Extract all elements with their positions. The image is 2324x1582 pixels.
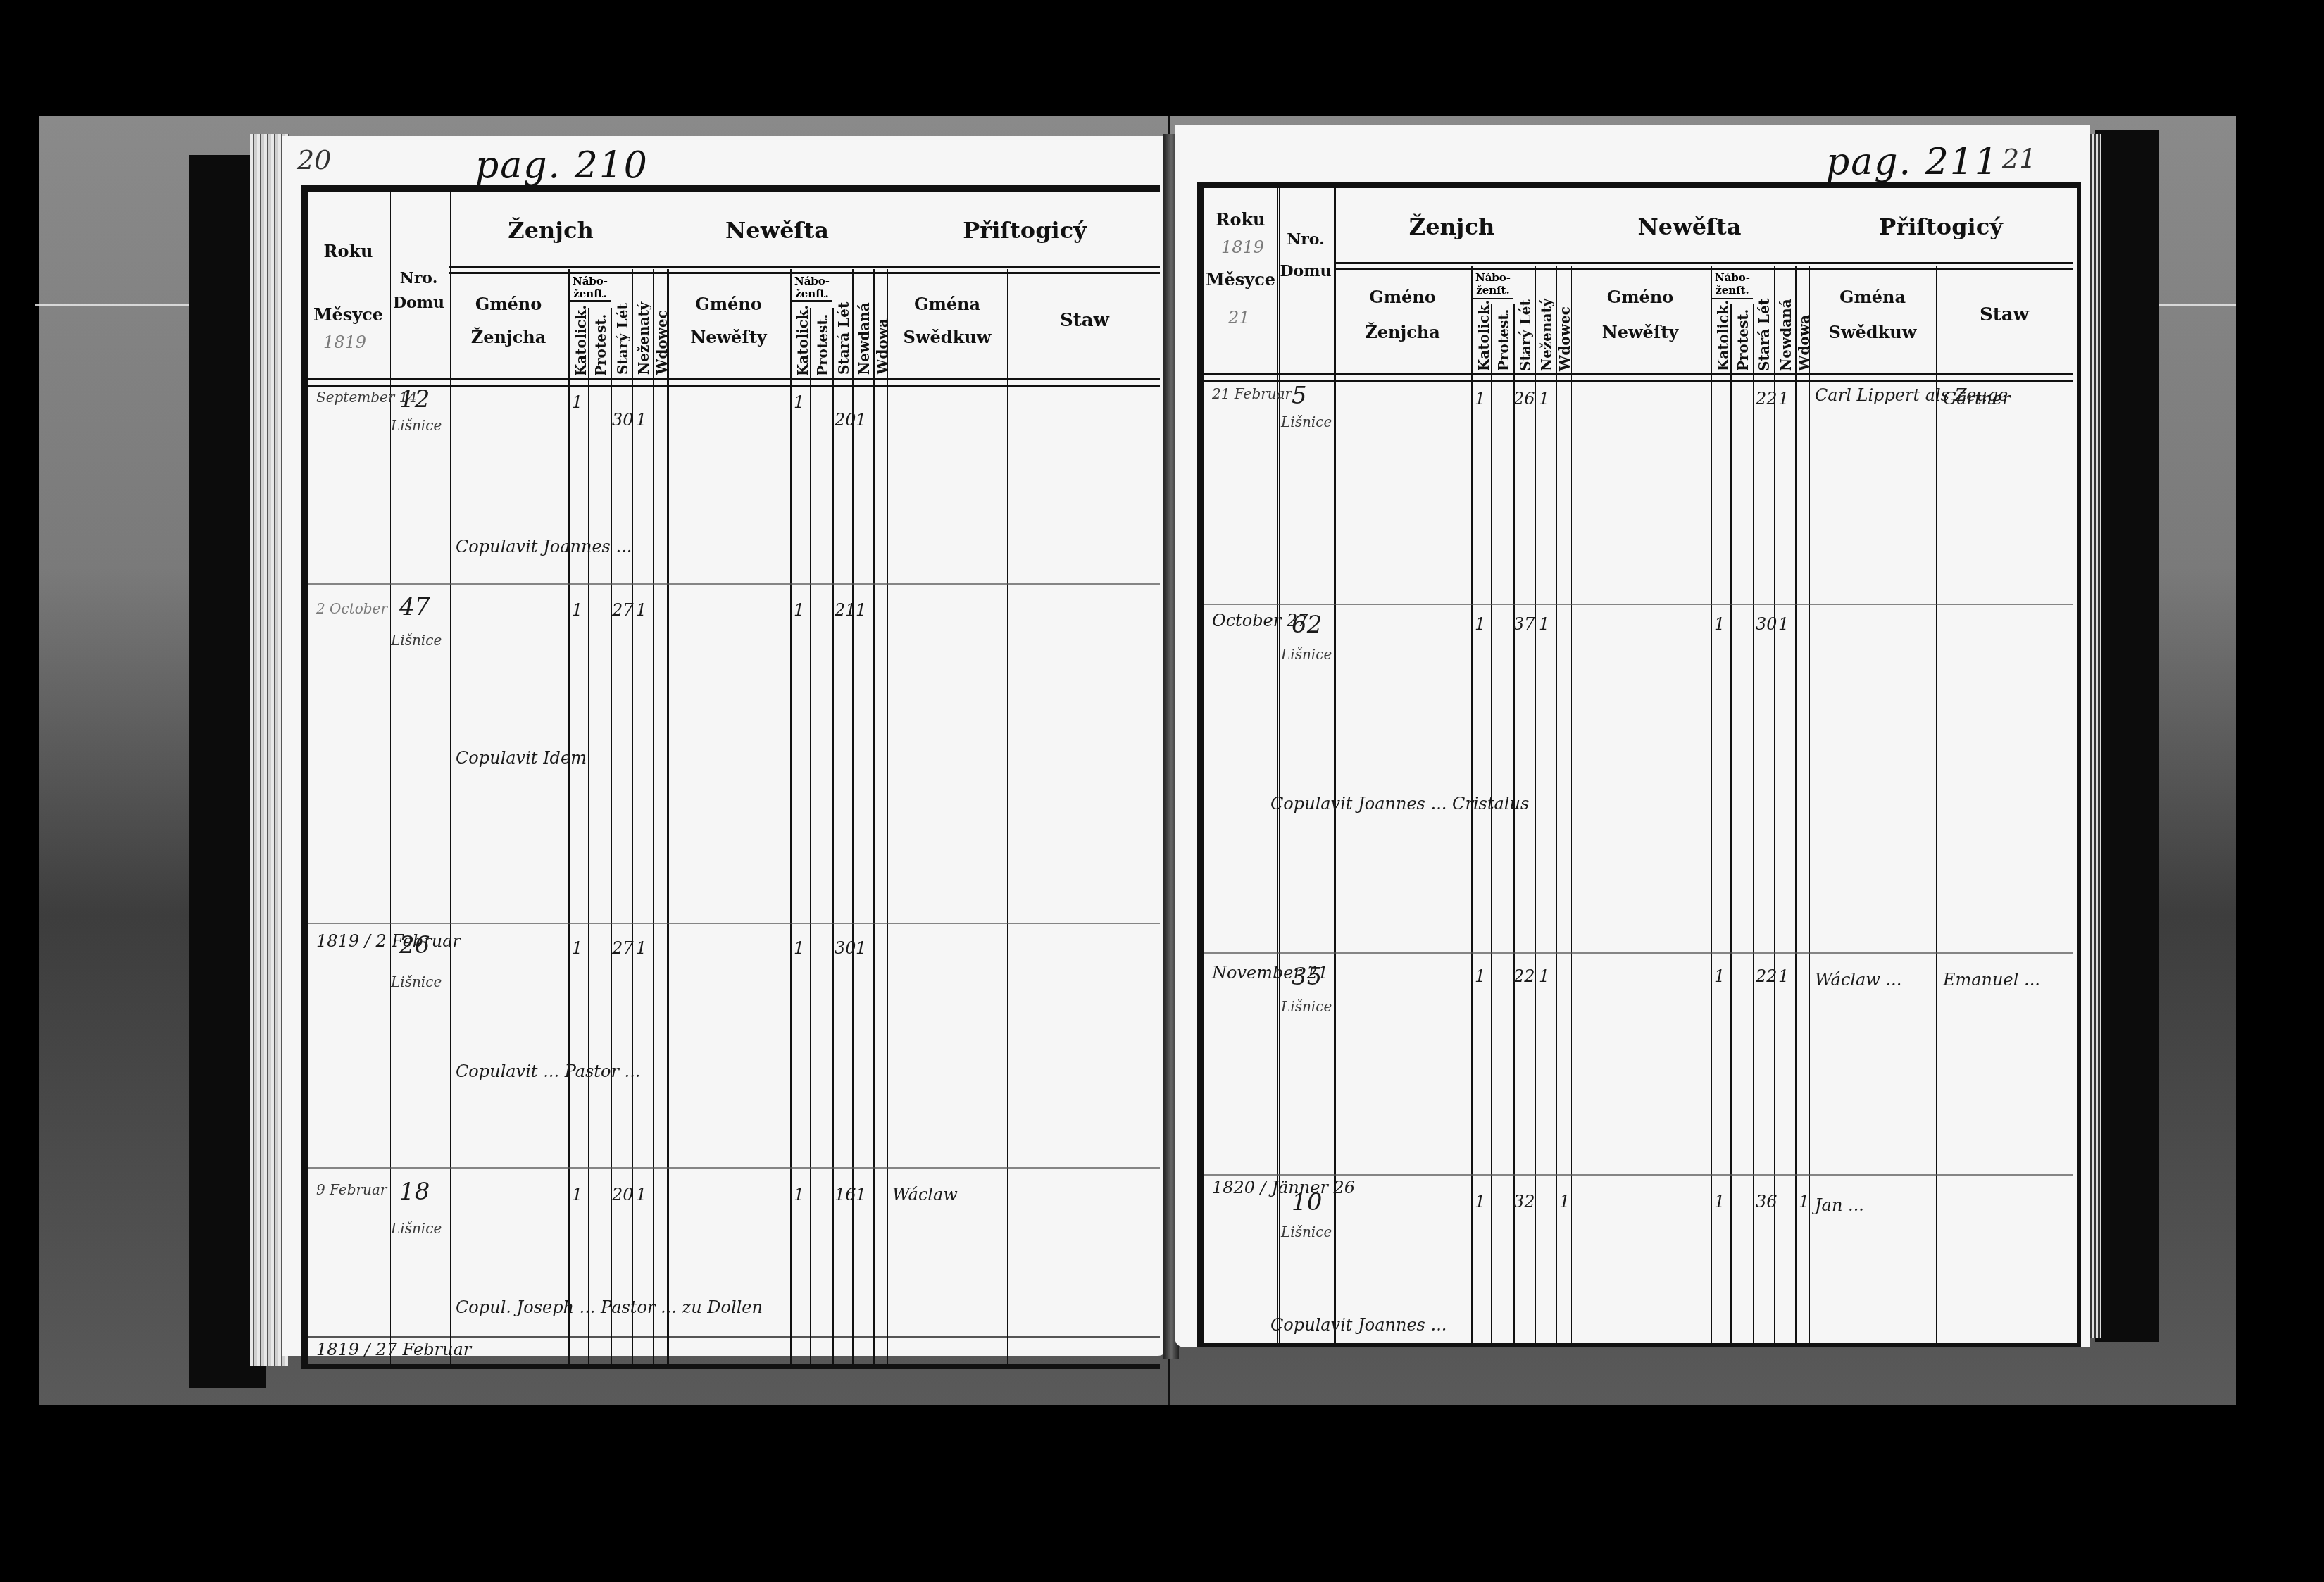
- entry-groom-age: 22: [1513, 966, 1535, 986]
- label-bride-name-1: Gméno: [667, 294, 790, 314]
- label-witness-name-2: Swědkuw: [887, 327, 1007, 347]
- entry-witness: Wáclaw ...: [1815, 970, 1901, 990]
- header-bottom-rule: [1204, 373, 2073, 382]
- entry-bride-age: 22: [1756, 966, 1778, 986]
- header-divider: [1334, 262, 2073, 270]
- right-page: pag. 211 21 Ženjch Newěſta Přiſtogicý Ro…: [1175, 125, 2090, 1347]
- entry-groom-cath: 1: [572, 392, 582, 412]
- label-domu: Domu: [389, 294, 449, 312]
- entry-place: Lišnice: [391, 973, 442, 990]
- entry-groom-status: 1: [1539, 389, 1549, 409]
- entry-note: Copulavit Joannes ... Cristalus: [1270, 794, 1529, 814]
- label-witness-name-1: Gména: [1809, 287, 1936, 307]
- entry-groom-status: 1: [1539, 614, 1549, 634]
- entry-house-no: 26: [399, 931, 430, 959]
- row-separator: [308, 923, 1160, 924]
- entry-place: Lišnice: [1281, 998, 1332, 1015]
- entry-place: Lišnice: [1281, 646, 1332, 663]
- entry-bride-status: 1: [1778, 389, 1789, 409]
- entry-bride-status: 1: [1799, 1192, 1809, 1212]
- entry-groom-cath: 1: [1475, 389, 1485, 409]
- entry-groom-cath: 1: [1475, 614, 1485, 634]
- entry-witness-status: Gärtner: [1943, 389, 2011, 409]
- col-groom-cath: [1471, 304, 1492, 1343]
- entry-house-no: 10: [1292, 1188, 1322, 1216]
- col-bride-cath: [790, 308, 811, 1364]
- entry-bride-cath: 1: [794, 1185, 804, 1204]
- entry-place: Lišnice: [391, 417, 442, 434]
- col-bride-name: [1570, 266, 1712, 1343]
- entry-house-no: 35: [1292, 963, 1322, 991]
- label-protestant: Protest.: [592, 313, 609, 376]
- label-religion: Nábo-ženſt.: [570, 275, 611, 302]
- entry-date: 9 Februar: [316, 1181, 387, 1198]
- label-protestant: Protest.: [1495, 309, 1512, 371]
- row-separator: [308, 583, 1160, 585]
- entry-bride-age: 30: [1756, 614, 1778, 634]
- folio-number: 20: [297, 144, 331, 175]
- label-status: Staw: [1936, 304, 2073, 325]
- row-separator: [1204, 604, 2073, 605]
- entry-bride-age: 36: [1756, 1192, 1778, 1212]
- entry-groom-cath: 1: [1475, 966, 1485, 986]
- left-page: 20 pag. 210 Ženjch Newěſta Přiſtogicý Ro…: [282, 136, 1168, 1356]
- entry-bride-status: 1: [856, 938, 866, 958]
- entry-bride-cath: 1: [1714, 614, 1725, 634]
- row-separator: [308, 1336, 1160, 1338]
- label-catholic: Katolick.: [1475, 309, 1492, 371]
- label-catholic-bride: Katolick.: [1715, 309, 1732, 371]
- entry-date: 1819 / 2 Februar: [316, 931, 461, 951]
- label-witness-name-1: Gména: [887, 294, 1007, 314]
- entry-groom-status: 1: [1559, 1192, 1570, 1212]
- col-groom-name: [449, 269, 570, 1364]
- entry-groom-status: 1: [636, 600, 646, 620]
- label-nro: Nro.: [1277, 230, 1334, 249]
- header-bride: Newěſta: [667, 192, 887, 269]
- label-religion-bride: Nábo-ženſt.: [1712, 271, 1753, 299]
- label-protestant-bride: Protest.: [1735, 309, 1751, 371]
- header-bride: Newěſta: [1570, 188, 1809, 266]
- col-groom-prot: [588, 308, 612, 1364]
- label-bride-name-2: Newěſty: [667, 327, 790, 347]
- register-table: Ženjch Newěſta Přiſtogicý Roku 1819 Měsy…: [1197, 182, 2081, 1347]
- entry-bride-cath: 1: [794, 392, 804, 412]
- label-witness-name-2: Swědkuw: [1809, 322, 1936, 342]
- header-bottom-rule: [308, 378, 1160, 387]
- label-roku: Roku: [1204, 209, 1277, 230]
- col-witness-name: [1809, 266, 1937, 1343]
- label-unmarried: Neženatý: [1538, 273, 1555, 371]
- label-bride-unmarried: Newdaná: [856, 276, 873, 375]
- label-groom-age: Starý Lét: [614, 276, 631, 375]
- month-annotation: 21: [1228, 308, 1250, 328]
- book-cover-right: [2095, 130, 2159, 1342]
- entry-bride-status: 1: [856, 1185, 866, 1204]
- label-groom-age: Starý Lét: [1517, 273, 1534, 371]
- row-separator: [1204, 1174, 2073, 1176]
- header-witnesses: Přiſtogicý: [1809, 188, 2073, 266]
- label-mesyce: Měsyce: [308, 304, 389, 325]
- entry-note: Copulavit Joannes ...: [456, 537, 632, 556]
- entry-groom-cath: 1: [572, 1185, 582, 1204]
- row-separator: [308, 1167, 1160, 1169]
- entry-groom-age: 27: [612, 938, 634, 958]
- entry-groom-age: 27: [612, 600, 634, 620]
- entry-date: 1819 / 27 Februar: [316, 1340, 471, 1359]
- entry-groom-age: 20: [612, 1185, 634, 1204]
- entry-place: Lišnice: [391, 632, 442, 649]
- header-groom: Ženjch: [1334, 188, 1570, 266]
- entry-groom-status: 1: [636, 938, 646, 958]
- entry-groom-cath: 1: [572, 938, 582, 958]
- label-groom-name-2: Ženjcha: [449, 327, 568, 347]
- header-groom: Ženjch: [449, 192, 653, 269]
- label-religion-bride: Nábo-ženſt.: [792, 275, 832, 302]
- label-bride-name-2: Newěſty: [1570, 322, 1711, 342]
- entry-groom-status: 1: [636, 410, 646, 430]
- page-label: pag. 211: [1826, 141, 1999, 183]
- entry-bride-age: 30: [835, 938, 856, 958]
- col-groom-single: [1535, 266, 1557, 1343]
- label-roku: Roku: [308, 241, 389, 261]
- entry-bride-age: 20: [835, 410, 856, 430]
- label-bride-name-1: Gméno: [1570, 287, 1711, 307]
- entry-bride-age: 22: [1756, 389, 1778, 409]
- label-mesyce: Měsyce: [1204, 269, 1277, 289]
- entry-groom-status: 1: [1539, 966, 1549, 986]
- label-bride-age: Stará Lét: [835, 276, 852, 375]
- entry-bride-age: 16: [835, 1185, 856, 1204]
- entry-house-no: 12: [399, 385, 430, 413]
- page-label: pag. 210: [475, 144, 649, 187]
- entry-note: Copulavit Idem: [456, 748, 587, 768]
- entry-place: Lišnice: [391, 1220, 442, 1237]
- entry-groom-status: 1: [636, 1185, 646, 1204]
- label-unmarried: Neženatý: [635, 276, 652, 375]
- label-protestant-bride: Protest.: [814, 313, 831, 376]
- entry-bride-status: 1: [1778, 966, 1789, 986]
- entry-note: Copulavit Joannes ...: [1270, 1315, 1447, 1335]
- entry-note: Copulavit ... Pastor ...: [456, 1061, 640, 1081]
- entry-groom-cath: 1: [572, 600, 582, 620]
- entry-bride-age: 21: [835, 600, 856, 620]
- entry-bride-status: 1: [856, 600, 866, 620]
- entry-bride-cath: 1: [1714, 966, 1725, 986]
- entry-witness-status: Emanuel ...: [1943, 970, 2040, 990]
- entry-groom-age: 26: [1513, 389, 1535, 409]
- label-domu: Domu: [1277, 262, 1334, 280]
- col-house: [1277, 188, 1336, 1343]
- entry-place: Lišnice: [1281, 413, 1332, 430]
- label-bride-age: Stará Lét: [1756, 273, 1773, 371]
- label-religion: Nábo-ženſt.: [1473, 271, 1513, 299]
- col-bride-prot: [1730, 304, 1754, 1343]
- entry-bride-status: 1: [856, 410, 866, 430]
- entry-groom-age: 30: [612, 410, 634, 430]
- folio-number: 21: [2002, 143, 2036, 174]
- entry-place: Lišnice: [1281, 1223, 1332, 1240]
- label-status: Staw: [1007, 310, 1162, 331]
- col-bride-cath: [1711, 304, 1732, 1343]
- col-bride-age: [1753, 266, 1775, 1343]
- header-divider: [449, 266, 1160, 274]
- entry-groom-age: 37: [1513, 614, 1535, 634]
- label-groom-name-1: Gméno: [1334, 287, 1471, 307]
- entry-house-no: 5: [1292, 382, 1307, 410]
- entry-bride-status: 1: [1778, 614, 1789, 634]
- label-catholic: Katolick.: [573, 313, 589, 376]
- label-bride-unmarried: Newdaná: [1778, 273, 1794, 371]
- entry-groom-cath: 1: [1475, 1192, 1485, 1212]
- label-catholic-bride: Katolick.: [794, 313, 811, 376]
- entry-witness: Wáclaw: [892, 1185, 958, 1204]
- col-bride-name: [667, 269, 792, 1364]
- col-groom-cath: [568, 308, 589, 1364]
- entry-date: 21 Februar: [1212, 385, 1292, 402]
- entry-house-no: 47: [399, 593, 430, 621]
- header-witnesses: Přiſtogicý: [887, 192, 1162, 269]
- col-bride-prot: [810, 308, 834, 1364]
- entry-house-no: 62: [1292, 611, 1322, 639]
- col-date: [1204, 188, 1280, 1343]
- label-nro: Nro.: [389, 269, 449, 287]
- entry-house-no: 18: [399, 1178, 430, 1206]
- row-separator: [1204, 952, 2073, 954]
- label-groom-name-1: Gméno: [449, 294, 568, 314]
- label-groom-name-2: Ženjcha: [1334, 322, 1471, 342]
- year-annotation: 1819: [323, 332, 366, 352]
- entry-bride-cath: 1: [794, 938, 804, 958]
- col-bride-single: [1774, 266, 1797, 1343]
- entry-groom-age: 32: [1513, 1192, 1535, 1212]
- entry-note: Copul. Joseph ... Pastor ... zu Dollen: [456, 1297, 763, 1317]
- col-groom-prot: [1491, 304, 1515, 1343]
- entry-witness: Jan ...: [1815, 1195, 1864, 1215]
- year-annotation: 1819: [1221, 237, 1264, 257]
- entry-bride-cath: 1: [1714, 1192, 1725, 1212]
- entry-bride-cath: 1: [794, 600, 804, 620]
- entry-date: 1820 / Jänner 26: [1212, 1178, 1355, 1197]
- entry-date: 2 October: [316, 600, 387, 617]
- register-table: Ženjch Newěſta Přiſtogicý Roku Měsyce 18…: [301, 185, 1160, 1369]
